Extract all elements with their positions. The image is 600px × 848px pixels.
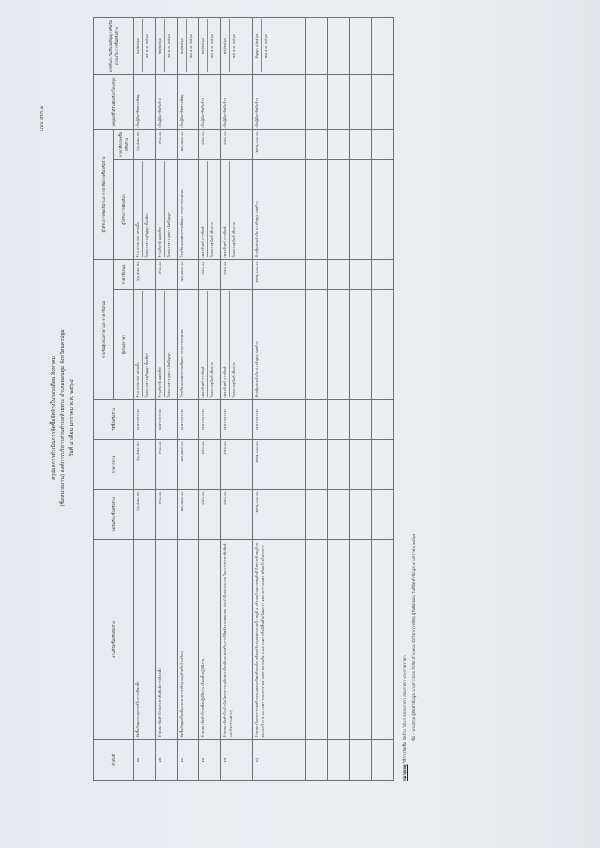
cell-no: ๑๑ [134,740,156,781]
cell-budget: ๔๕๐.๐๐ [199,490,221,540]
cell-method: เฉพาะเจาะจง [199,400,221,440]
empty-cell [372,17,394,74]
cell-selected-name-main: ร้านเกียรติ ออฟเซ็ท [158,227,162,257]
cell-bidder-price: ๔๕๐.๐๐ [221,260,253,290]
empty-cell [306,740,328,781]
cell-budget: ๙๐๐.๐๐ [156,490,178,540]
cell-selected-price: ๒๙๗,๐๐๐.๐๐ [253,129,306,159]
empty-cell [328,540,350,740]
empty-cell [328,740,350,781]
cell-bidder-name-main: ร้านเกียรติ ออฟเซ็ท [158,367,162,397]
table-row-empty [350,17,372,780]
cell-method: เฉพาะเจาะจง [156,400,178,440]
table-row: ๑๒จ้างเหมาจัดทำป้ายประชาสัมพันธ์การเลือก… [156,17,178,780]
notes: หมายเหตุ วิธีการจัดซื้อ จัดจ้าง ได้แก่ ต… [400,21,418,781]
cell-item: จ้างเหมาจัดทำป้ายประชาสัมพันธ์การเลือกตั… [156,540,178,740]
empty-cell [350,490,372,540]
cell-bidder-price: ๒๙๗,๐๐๐.๐๐ [253,260,306,290]
empty-cell [306,17,328,74]
cell-bidder-price: ๔๕๐.๐๐ [199,260,221,290]
cell-budget: ๖๖,๕๗๐.๕๐ [134,490,156,540]
cell-reason: เป็นผู้มีอาชีพขายพัสดุ [134,74,156,129]
cell-contract-sub: ๒๓ ธ.ค. ๒๕๖๓ [164,19,172,72]
cell-contract-sub: ๒๕ ธ.ค. ๒๕๖๓ [229,19,237,72]
empty-cell [306,290,328,400]
empty-cell [328,260,350,290]
empty-cell [372,400,394,440]
table-row-empty [372,17,394,780]
cell-contract: สัญญา ๓/๒๕๖๔๒๘ ธ.ค. ๒๕๖๓ [253,17,306,74]
empty-cell [328,400,350,440]
cell-bidder-name-sub: โดยนางสาวบุษบา เลิศปัญญา [164,292,172,398]
header-no: ลำดับที่ [94,740,134,781]
cell-bidder-name-sub: โดยนางสุนันท์ เพิ่มงาม [229,292,237,398]
cell-bidder-name-sub: โดยนางสาวสุกัญญา ยิ้มเพียร [142,292,150,398]
rotated-content: แบบ สขร.๑ สรุปผลการดำเนินการจัดซื้อจัดจ้… [0,0,600,848]
cell-contract: ๒๓/๒๕๖๔๒๔ ธ.ค. ๒๕๖๓ [178,17,199,74]
title-line-3: วันที่ ๔ เดือน มกราคม พ.ศ. ๒๕๖๔ [68,288,77,548]
empty-cell [306,74,328,129]
cell-median-price: ๗๔,๗๓๔.๐๐ [178,440,199,490]
empty-cell [306,260,328,290]
cell-budget: ๒๙๗,๐๐๐.๐๐ [253,490,306,540]
cell-median-price: ๙๐๐.๐๐ [156,440,178,490]
form-code: แบบ สขร.๑ [38,106,46,131]
empty-cell [350,129,372,159]
empty-cell [328,74,350,129]
cell-selected-price: ๔๕๐.๐๐ [199,129,221,159]
cell-contract-main: ๒๑/๒๕๖๔ [136,38,140,54]
table-row-empty [306,17,328,780]
header-reason: เหตุผลที่ได้รับคัดเลือกโดยสรุป [94,74,134,129]
cell-no: ๑๒ [156,740,178,781]
empty-cell [350,400,372,440]
cell-method: เฉพาะเจาะจง [253,400,306,440]
table-row: ๑๓จัดซื้อวัสดุเครื่องดื่มและอาหารเสริม(น… [178,17,199,780]
cell-bidder-price: ๗๔,๗๓๔.๐๐ [178,260,199,290]
cell-contract-main: ๒๔/๒๕๖๔ [201,38,205,54]
title-line-1: สรุปผลการดำเนินการจัดซื้อจัดจ้างในรอบเดื… [50,288,59,548]
empty-cell [306,490,328,540]
cell-contract: ๒๑/๒๕๖๔๑๙ ธ.ค. ๒๕๖๓ [134,17,156,74]
empty-cell [372,129,394,159]
cell-no: ๑๓ [178,740,199,781]
header-bidder-name: ผู้เสนอราคา [114,290,134,400]
table-row-empty [328,17,350,780]
header-item: งานที่จัดซื้อหรือจัดจ้าง [94,540,134,740]
cell-contract-main: ๒๕/๒๕๖๔ [223,38,227,54]
empty-cell [306,540,328,740]
header-method: วิธีซื้อหรือจ้าง [94,400,134,440]
cell-contract-main: สัญญา ๓/๒๕๖๔ [255,33,259,58]
cell-bidder-name-main: ร้าน จรรยาพร เทรดดิ้ง [136,362,140,397]
empty-cell [328,490,350,540]
cell-median-price: ๒๙๗,๐๐๐.๐๐ [253,440,306,490]
cell-bidder-name: ห้างหุ้นส่วนจำกัด ป.เจริญรุ่ง ก่อสร้าง [253,290,306,400]
empty-cell [372,290,394,400]
empty-cell [372,260,394,290]
header-bidder-price: ราคาที่เสนอ [114,260,134,290]
empty-cell [372,160,394,260]
cell-method: เฉพาะเจาะจง [178,400,199,440]
cell-item: จัดซื้อวัสดุและอุปกรณ์ในการเลือกตั้ง [134,540,156,740]
cell-bidder-name-sub: โดยนางสุนันท์ เพิ่มงาม [207,292,215,398]
cell-selected-name: เคลงจันทร์ การพิมพ์โดยนางสุนันท์ เพิ่มงา… [199,160,221,260]
empty-cell [328,129,350,159]
cell-no: ๑๕ [221,740,253,781]
empty-cell [372,740,394,781]
header-selected: ผู้ได้รับการคัดเลือกและราคาที่ตกลงซื้อหร… [94,129,114,259]
notes-line-2: ชื่อ - นามสกุล ผู้จัดทำข้อมูล นางสาวxxx … [409,21,418,781]
document-page: แบบ สขร.๑ สรุปผลการดำเนินการจัดซื้อจัดจ้… [0,0,600,848]
header-median-price: ราคากลาง [94,440,134,490]
cell-budget: ๗๔,๗๓๔.๐๐ [178,490,199,540]
cell-bidder-name: เคลงจันทร์ การพิมพ์โดยนางสุนันท์ เพิ่มงา… [199,290,221,400]
notes-line-1: วิธีการจัดซื้อ จัดจ้าง ได้แก่ ตกลงราคา ส… [402,655,407,763]
cell-selected-price: ๗๔,๗๓๔.๐๐ [178,129,199,159]
empty-cell [350,17,372,74]
cell-selected-name-main: ร้าน จรรยาพร เทรดดิ้ง [136,222,140,257]
cell-item: จ้างเหมาจัดทำป้ายไวนิลโครงการเฉลิมพระเกี… [221,540,253,740]
cell-no: ๑๔ [199,740,221,781]
cell-method: เฉพาะเจาะจง [221,400,253,440]
header-selected-name: ผู้ได้รับการคัดเลือก [114,160,134,260]
table-row: ๑๖จ้างเหมาโครงการก่อสร้างถนนคอนกรีตเสริม… [253,17,306,780]
cell-median-price: ๔๕๐.๐๐ [221,440,253,490]
cell-bidder-name: ร้านเกียรติ ออฟเซ็ทโดยนางสาวบุษบา เลิศปั… [156,290,178,400]
cell-median-price: ๖๖,๕๗๐.๕๐ [134,440,156,490]
cell-reason: เป็นผู้มีอาชีพรับจ้าง [156,74,178,129]
cell-selected-name-main: เคลงจันทร์ การพิมพ์ [223,227,227,258]
empty-cell [372,440,394,490]
empty-cell [306,440,328,490]
cell-bidder-name: เคลงจันทร์ การพิมพ์โดยนางสุนันท์ เพิ่มงา… [221,290,253,400]
cell-bidder-name-main: เคลงจันทร์ การพิมพ์ [223,367,227,398]
empty-cell [328,290,350,400]
procurement-table: ลำดับที่ งานที่จัดซื้อหรือจัดจ้าง วงเงิน… [93,17,394,781]
cell-selected-price: ๖๖,๕๗๐.๕๐ [134,129,156,159]
header-contract: เลขที่และวันที่ของสัญญาหรือข้อตกลงในการซ… [94,17,134,74]
cell-selected-name-sub: โดยนางสาวบุษบา เลิศปัญญา [164,162,172,258]
cell-contract-sub: ๒๔ ธ.ค. ๒๕๖๓ [207,19,215,72]
empty-cell [328,17,350,74]
cell-selected-name-main: เคลงจันทร์ การพิมพ์ [201,227,205,258]
cell-bidder-name: ร้าน จรรยาพร เทรดดิ้งโดยนางสาวสุกัญญา ยิ… [134,290,156,400]
cell-contract-sub: ๒๘ ธ.ค. ๒๕๖๓ [261,19,269,72]
cell-reason: เป็นผู้มีอาชีพรับจ้าง [199,74,221,129]
cell-contract-main: ๒๒/๒๕๖๔ [158,38,162,54]
table-row: ๑๔จ้างเหมาจัดทำป้ายเพื่อปฏิบัติงาน เลือก… [199,17,221,780]
cell-bidder-price: ๙๐๐.๐๐ [156,260,178,290]
empty-cell [328,160,350,260]
empty-cell [350,740,372,781]
cell-item: จ้างเหมาโครงการก่อสร้างถนนคอนกรีตเสริมเห… [253,540,306,740]
empty-cell [372,490,394,540]
empty-cell [350,440,372,490]
cell-selected-price: ๔๕๐.๐๐ [221,129,253,159]
table-row: ๑๕จ้างเหมาจัดทำป้ายไวนิลโครงการเฉลิมพระเ… [221,17,253,780]
cell-median-price: ๔๕๐.๐๐ [199,440,221,490]
cell-item: จ้างเหมาจัดทำป้ายเพื่อปฏิบัติงาน เลือกตั… [199,540,221,740]
empty-cell [306,400,328,440]
cell-reason: เป็นผู้มีอาชีพขายพัสดุ [178,74,199,129]
cell-contract-sub: ๒๔ ธ.ค. ๒๕๖๓ [186,19,194,72]
cell-selected-name-sub: โดยนางสุนันท์ เพิ่มงาม [207,162,215,258]
empty-cell [306,129,328,159]
header-budget: วงเงินที่จะซื้อหรือจ้าง [94,490,134,540]
cell-bidder-name-main: เคลงจันทร์ การพิมพ์ [201,367,205,398]
empty-cell [350,160,372,260]
cell-bidder-name: โรงเรียนเกษตรกรรมพัฒนา กรมการปกครอง [178,290,199,400]
cell-selected-name: ร้าน จรรยาพร เทรดดิ้งโดยนางสาวสุกัญญา ยิ… [134,160,156,260]
cell-selected-name: โรงเรียนเกษตรกรรมพัฒนา กรมการปกครอง [178,160,199,260]
cell-contract-sub: ๑๙ ธ.ค. ๒๕๖๓ [142,19,150,72]
cell-no: ๑๖ [253,740,306,781]
empty-cell [350,74,372,129]
cell-budget: ๔๕๐.๐๐ [221,490,253,540]
cell-reason: เป็นผู้มีอาชีพรับจ้าง [221,74,253,129]
cell-selected-name: ห้างหุ้นส่วนจำกัด ป.เจริญรุ่ง ก่อสร้าง [253,160,306,260]
cell-contract-main: ๒๓/๒๕๖๔ [180,38,184,54]
empty-cell [350,260,372,290]
cell-contract: ๒๕/๒๕๖๔๒๕ ธ.ค. ๒๕๖๓ [221,17,253,74]
cell-item: จัดซื้อวัสดุเครื่องดื่มและอาหารเสริม(นม)… [178,540,199,740]
cell-selected-name: เคลงจันทร์ การพิมพ์โดยนางสุนันท์ เพิ่มงา… [221,160,253,260]
cell-selected-name-sub: โดยนางสุนันท์ เพิ่มงาม [229,162,237,258]
cell-bidder-price: ๖๖,๕๗๐.๕๐ [134,260,156,290]
cell-reason: เป็นผู้มีอาชีพรับจ้าง [253,74,306,129]
cell-contract: ๒๒/๒๕๖๔๒๓ ธ.ค. ๒๕๖๓ [156,17,178,74]
empty-cell [328,440,350,490]
document-title: สรุปผลการดำเนินการจัดซื้อจัดจ้างในรอบเดื… [50,288,77,548]
table-row: ๑๑จัดซื้อวัสดุและอุปกรณ์ในการเลือกตั้ง๖๖… [134,17,156,780]
title-line-2: (ชื่อหน่วยงาน) องค์การบริหารส่วนตำบลห้วย… [59,288,68,548]
empty-cell [350,290,372,400]
header-selected-price: ราคาที่ตกลงซื้อหรือจ้าง [114,129,134,159]
cell-contract: ๒๔/๒๕๖๔๒๔ ธ.ค. ๒๕๖๓ [199,17,221,74]
empty-cell [372,540,394,740]
cell-selected-name-sub: โดยนางสาวสุกัญญา ยิ้มเพียร [142,162,150,258]
cell-selected-name: ร้านเกียรติ ออฟเซ็ทโดยนางสาวบุษบา เลิศปั… [156,160,178,260]
cell-method: เฉพาะเจาะจง [134,400,156,440]
header-bidders: รายชื่อผู้เสนอราคาและราคาที่เสนอ [94,260,114,400]
cell-selected-price: ๙๐๐.๐๐ [156,129,178,159]
empty-cell [372,74,394,129]
empty-cell [350,540,372,740]
notes-label: หมายเหตุ [402,765,407,781]
empty-cell [306,160,328,260]
